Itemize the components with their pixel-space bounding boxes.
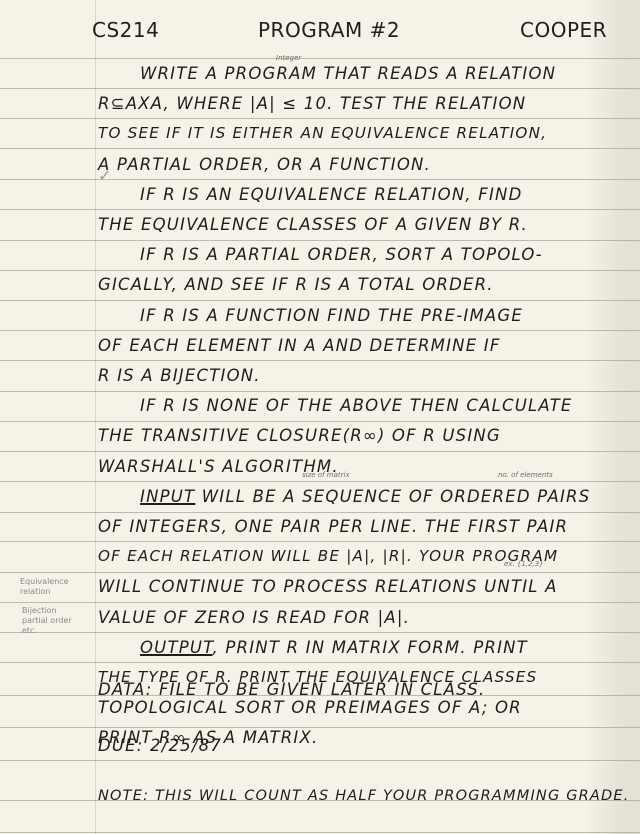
body-line: a partial order, or a function. xyxy=(98,155,431,174)
ruled-line xyxy=(0,209,640,210)
ruled-line xyxy=(0,330,640,331)
input-keyword: Input xyxy=(140,487,195,506)
ruled-line xyxy=(0,832,640,833)
ruled-line xyxy=(0,602,640,603)
body-line: of integers, one pair per line. The firs… xyxy=(98,517,568,536)
author-name: Cooper xyxy=(520,18,607,42)
ruled-line xyxy=(0,512,640,513)
ruled-line xyxy=(0,240,640,241)
ruled-line xyxy=(0,541,640,542)
body-line: topological sort or preimages of A; or xyxy=(98,698,522,717)
ruled-line xyxy=(0,360,640,361)
ruled-line xyxy=(0,421,640,422)
margin-rule xyxy=(95,0,96,834)
grading-note: Note: This will count as half your progr… xyxy=(98,788,630,804)
output-keyword: Output xyxy=(140,638,213,657)
ruled-line xyxy=(0,760,640,761)
body-line: Write a program that reads a relation xyxy=(140,64,556,83)
due-date: Due: 2/25/87 xyxy=(98,736,222,755)
body-line: If R is an equivalence relation, find xyxy=(140,185,522,204)
ruled-line xyxy=(0,270,640,271)
ruled-line xyxy=(0,118,640,119)
body-line: If R is a partial order, sort A topolo- xyxy=(140,245,543,264)
ruled-line xyxy=(0,88,640,89)
body-line: will continue to process relations until… xyxy=(98,577,558,596)
ruled-line xyxy=(0,300,640,301)
body-line: value of zero is read for |A|. xyxy=(98,608,410,627)
ruled-line xyxy=(0,481,640,482)
body-line: R⊆AxA, where |A| ≤ 10. Test the relation xyxy=(98,94,526,113)
assignment-title: Program #2 xyxy=(258,18,400,42)
notebook-page: CS214 Program #2 Cooper Integer size of … xyxy=(0,0,640,834)
ruled-line xyxy=(0,662,640,663)
body-line: gically, and see if R is a total order. xyxy=(98,275,494,294)
course-code: CS214 xyxy=(92,18,159,42)
ruled-line xyxy=(0,179,640,180)
data-line: Data: File to be given later in class. xyxy=(98,680,485,699)
ruled-line xyxy=(0,451,640,452)
body-line: of each relation will be |A|, |R|. Your … xyxy=(98,547,558,565)
margin-note-bijection: Bijection partial order etc. xyxy=(22,606,84,636)
ruled-line xyxy=(0,148,640,149)
ruled-line xyxy=(0,58,640,59)
ruled-line xyxy=(0,391,640,392)
body-line: of each element in A and determine if xyxy=(98,336,501,355)
body-line: If R is a function find the pre-image xyxy=(140,306,523,325)
ruled-line xyxy=(0,632,640,633)
body-line: If R is none of the above then calculate xyxy=(140,396,573,415)
body-line: Input will be a sequence of ordered pair… xyxy=(140,487,590,506)
ruled-line xyxy=(0,572,640,573)
ruled-line xyxy=(0,727,640,728)
body-line: the transitive closure(R∞) of R using xyxy=(98,426,501,445)
integer-annotation: Integer xyxy=(276,54,301,62)
body-line: Output, print R in matrix form. Print xyxy=(140,638,528,657)
body-line: R is a bijection. xyxy=(98,366,261,385)
body-line: the equivalence classes of A given by R. xyxy=(98,215,528,234)
elements-annotation: no. of elements xyxy=(498,471,553,479)
body-line: Warshall's algorithm. xyxy=(98,457,339,476)
body-line: to see if it is either an equivalence re… xyxy=(98,124,547,142)
margin-note-equivalence: Equivalence relation xyxy=(20,577,80,597)
